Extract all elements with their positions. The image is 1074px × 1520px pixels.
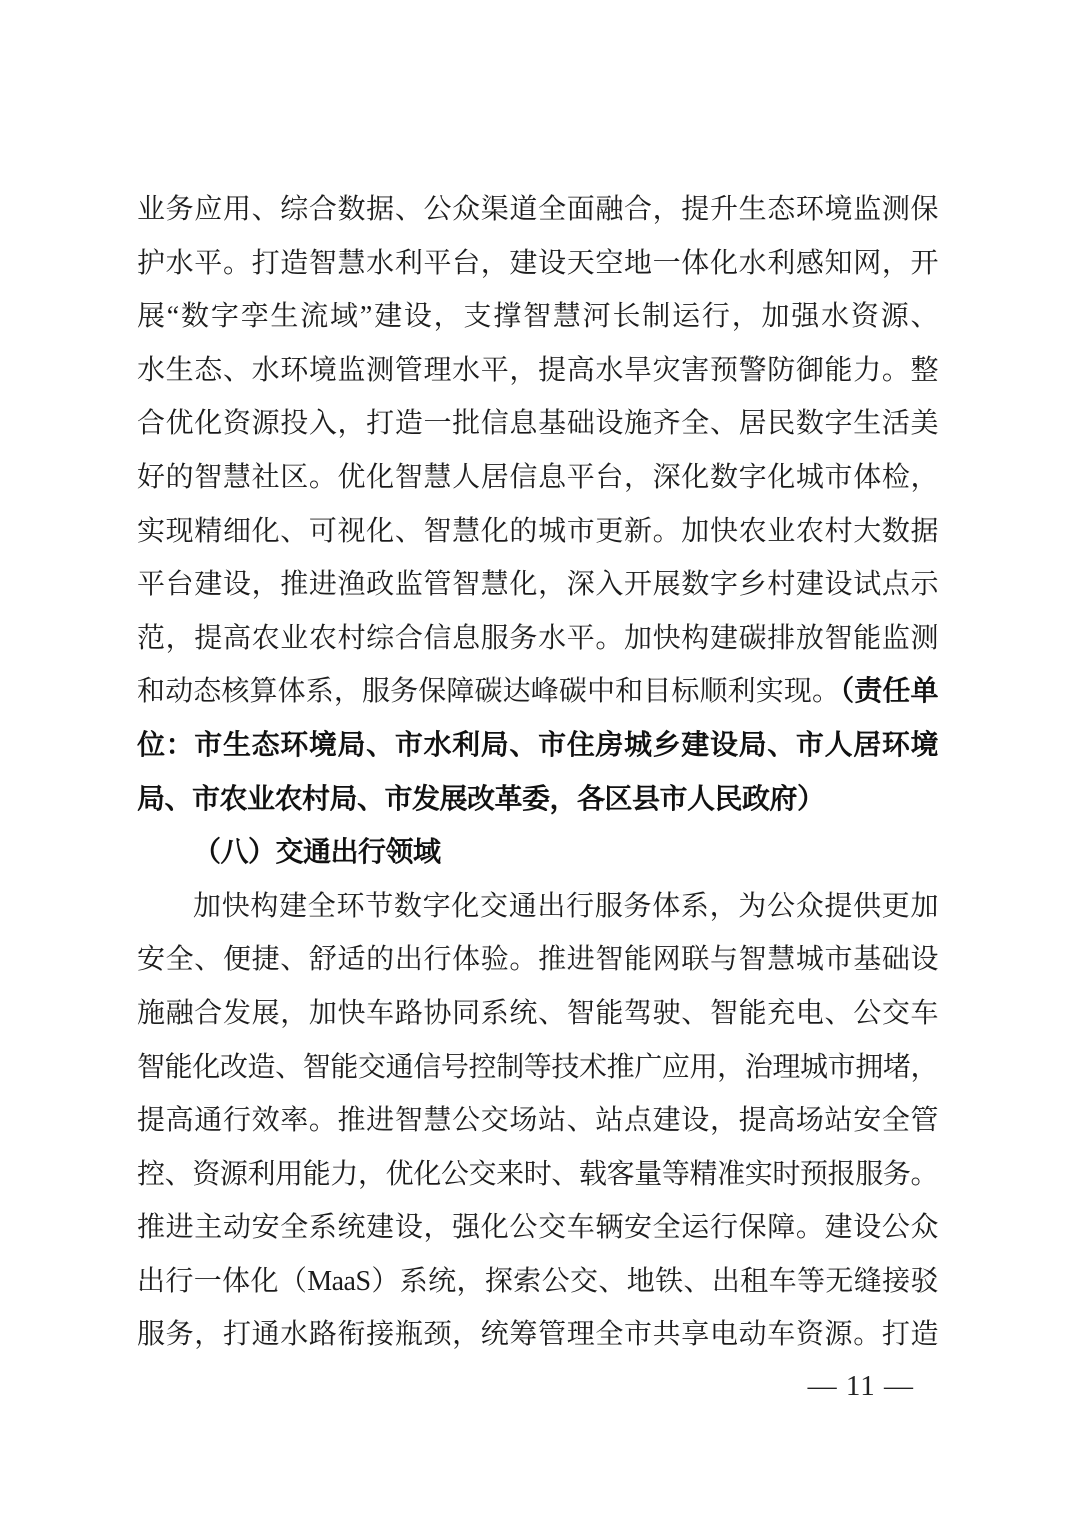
text-segment: 智能化改造、智能交通信号控制等技术推广应用，治理城市拥堵， bbox=[137, 1052, 938, 1083]
document-line: 实现精细化、可视化、智慧化的城市更新。加快农业农村大数据 bbox=[137, 505, 938, 559]
text-segment: 控、资源利用能力，优化公交来时、载客量等精准实时预报服务。 bbox=[137, 1159, 938, 1190]
text-segment: 水生态、水环境监测管理水平，提高水旱灾害预警防御能力。整 bbox=[137, 355, 938, 386]
text-segment: 服务，打通水路衔接瓶颈，统筹管理全市共享电动车资源。打造 bbox=[137, 1319, 938, 1350]
text-segment: （责任单 bbox=[840, 676, 938, 707]
document-page: 业务应用、综合数据、公众渠道全面融合，提升生态环境监测保护水平。打造智慧水利平台… bbox=[0, 0, 1074, 1520]
text-segment: 局、市农业农村局、市发展改革委，各区县市人民政府） bbox=[137, 784, 825, 815]
text-segment: 和动态核算体系，服务保障碳达峰碳中和目标顺利实现。 bbox=[137, 676, 840, 707]
text-segment: 展“数字孪生流域”建设，支撑智慧河长制运行，加强水资源、 bbox=[137, 301, 938, 332]
document-line: 控、资源利用能力，优化公交来时、载客量等精准实时预报服务。 bbox=[137, 1148, 938, 1202]
document-line: 和动态核算体系，服务保障碳达峰碳中和目标顺利实现。（责任单 bbox=[137, 665, 938, 719]
document-line: 水生态、水环境监测管理水平，提高水旱灾害预警防御能力。整 bbox=[137, 344, 938, 398]
document-line: 平台建设，推进渔政监管智慧化，深入开展数字乡村建设试点示 bbox=[137, 558, 938, 612]
text-segment: 范，提高农业农村综合信息服务水平。加快构建碳排放智能监测 bbox=[137, 623, 938, 654]
text-segment: 提高通行效率。推进智慧公交场站、站点建设，提高场站安全管 bbox=[137, 1105, 938, 1136]
document-line: 位：市生态环境局、市水利局、市住房城乡建设局、市人居环境 bbox=[137, 719, 938, 773]
text-segment: 出行一体化（MaaS）系统，探索公交、地铁、出租车等无缝接驳 bbox=[137, 1266, 938, 1297]
text-segment: 业务应用、综合数据、公众渠道全面融合，提升生态环境监测保 bbox=[137, 194, 938, 225]
document-line: 施融合发展，加快车路协同系统、智能驾驶、智能充电、公交车 bbox=[137, 987, 938, 1041]
text-segment: 安全、便捷、舒适的出行体验。推进智能网联与智慧城市基础设 bbox=[137, 944, 938, 975]
document-line: 好的智慧社区。优化智慧人居信息平台，深化数字化城市体检， bbox=[137, 451, 938, 505]
document-line: 智能化改造、智能交通信号控制等技术推广应用，治理城市拥堵， bbox=[137, 1041, 938, 1095]
document-line: 局、市农业农村局、市发展改革委，各区县市人民政府） bbox=[137, 773, 938, 827]
text-segment: 推进主动安全系统建设，强化公交车辆安全运行保障。建设公众 bbox=[137, 1212, 938, 1243]
document-line: 范，提高农业农村综合信息服务水平。加快构建碳排放智能监测 bbox=[137, 612, 938, 666]
document-line: 出行一体化（MaaS）系统，探索公交、地铁、出租车等无缝接驳 bbox=[137, 1255, 938, 1309]
document-line: （八）交通出行领域 bbox=[137, 826, 938, 880]
page-number: — 11 — bbox=[808, 1366, 914, 1406]
text-segment: 好的智慧社区。优化智慧人居信息平台，深化数字化城市体检， bbox=[137, 462, 938, 493]
document-line: 安全、便捷、舒适的出行体验。推进智能网联与智慧城市基础设 bbox=[137, 933, 938, 987]
text-segment: （八）交通出行领域 bbox=[193, 837, 441, 868]
text-segment: 实现精细化、可视化、智慧化的城市更新。加快农业农村大数据 bbox=[137, 516, 938, 547]
document-line: 护水平。打造智慧水利平台，建设天空地一体化水利感知网，开 bbox=[137, 237, 938, 291]
document-line: 业务应用、综合数据、公众渠道全面融合，提升生态环境监测保 bbox=[137, 183, 938, 237]
text-segment: 位：市生态环境局、市水利局、市住房城乡建设局、市人居环境 bbox=[137, 730, 938, 761]
text-segment: 合优化资源投入，打造一批信息基础设施齐全、居民数字生活美 bbox=[137, 408, 938, 439]
text-segment: 平台建设，推进渔政监管智慧化，深入开展数字乡村建设试点示 bbox=[137, 569, 938, 600]
document-line: 展“数字孪生流域”建设，支撑智慧河长制运行，加强水资源、 bbox=[137, 290, 938, 344]
document-line: 提高通行效率。推进智慧公交场站、站点建设，提高场站安全管 bbox=[137, 1094, 938, 1148]
document-line: 服务，打通水路衔接瓶颈，统筹管理全市共享电动车资源。打造 bbox=[137, 1308, 938, 1362]
text-segment: 护水平。打造智慧水利平台，建设天空地一体化水利感知网，开 bbox=[137, 248, 938, 279]
document-line: 推进主动安全系统建设，强化公交车辆安全运行保障。建设公众 bbox=[137, 1201, 938, 1255]
document-line: 合优化资源投入，打造一批信息基础设施齐全、居民数字生活美 bbox=[137, 397, 938, 451]
text-segment: 施融合发展，加快车路协同系统、智能驾驶、智能充电、公交车 bbox=[137, 998, 938, 1029]
document-body: 业务应用、综合数据、公众渠道全面融合，提升生态环境监测保护水平。打造智慧水利平台… bbox=[137, 183, 938, 1362]
text-segment: 加快构建全环节数字化交通出行服务体系，为公众提供更加 bbox=[193, 891, 938, 922]
document-line: 加快构建全环节数字化交通出行服务体系，为公众提供更加 bbox=[137, 880, 938, 934]
